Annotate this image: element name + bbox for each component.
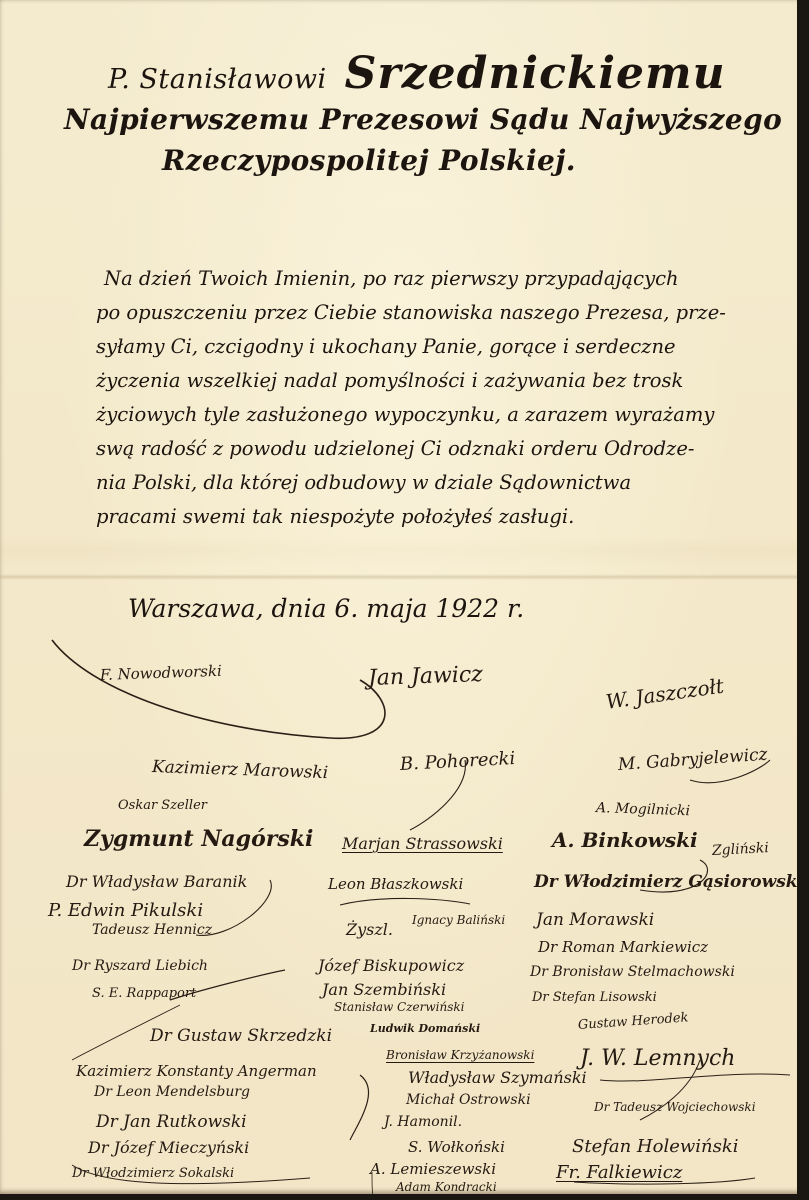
signature: Fr. Falkiewicz <box>556 1162 682 1183</box>
body-line: życzenia wszelkiej nadal pomyślności i z… <box>96 364 796 398</box>
signature: F. Nowodworski <box>100 662 222 684</box>
signature: Bronisław Krzyżanowski <box>386 1048 534 1062</box>
signature: A. Lemieszewski <box>370 1160 496 1178</box>
signature: Dr Tadeusz Wojciechowski <box>594 1100 756 1114</box>
signature: W. Jaszczołt <box>604 674 725 714</box>
signature: A. Mogilnicki <box>596 800 691 819</box>
signature: Jan Jawicz <box>368 662 484 691</box>
signature: Marjan Strassowski <box>342 834 503 853</box>
letter-body: Na dzień Twoich Imienin, po raz pierwszy… <box>96 262 796 534</box>
signature: Dr Józef Mieczyński <box>88 1138 249 1157</box>
signature: Kazimierz Konstanty Angerman <box>76 1062 317 1080</box>
signature: Dr Ryszard Liebich <box>72 958 208 974</box>
signature: J. W. Lemnych <box>580 1046 735 1071</box>
signature: Dr Bronisław Stelmachowski <box>530 964 735 980</box>
body-line: syłamy Ci, czcigodny i ukochany Panie, g… <box>96 330 796 364</box>
signature: Oskar Szeller <box>118 798 207 813</box>
signature: Władysław Szymański <box>408 1068 587 1087</box>
signature: Kazimierz Marowski <box>152 757 329 783</box>
signature: Stanisław Czerwiński <box>334 1000 465 1014</box>
scan-edge-bottom <box>0 1194 809 1200</box>
signature: Ludwik Domański <box>370 1022 480 1035</box>
signature: Dr Władysław Baranik <box>66 872 247 891</box>
signature: Zygmunt Nagórski <box>84 826 313 852</box>
header-prefix: P. Stanisławowi <box>108 64 327 95</box>
document-page: P. StanisławowiSrzednickiemu Najpierwsze… <box>0 0 803 1194</box>
header-addressee: P. StanisławowiSrzednickiemu <box>108 48 726 99</box>
header-surname: Srzednickiemu <box>345 48 726 99</box>
paper-fold-line <box>0 574 803 580</box>
signature: Tadeusz Hennicz <box>92 922 212 938</box>
signature: Gustaw Herodek <box>577 1010 688 1033</box>
signature: B. Pohorecki <box>399 748 515 775</box>
body-line: Na dzień Twoich Imienin, po raz pierwszy… <box>96 262 796 296</box>
body-line: nia Polski, dla której odbudowy w dziale… <box>96 466 796 500</box>
signature: P. Edwin Pikulski <box>48 900 203 921</box>
signature: Dr Roman Markiewicz <box>538 938 708 956</box>
signature: Zgliński <box>712 840 770 859</box>
signature: Dr Gustaw Skrzedzki <box>150 1026 332 1046</box>
signature: Dr Włodzimierz Sokalski <box>72 1166 234 1181</box>
signature: Józef Biskupowicz <box>318 956 464 975</box>
signature: S. Wołkoński <box>408 1138 505 1156</box>
signature: Dr Jan Rutkowski <box>96 1112 247 1132</box>
header-title-line: Najpierwszemu Prezesowi Sądu Najwyższego <box>64 103 782 136</box>
body-line: po opuszczeniu przez Ciebie stanowiska n… <box>96 296 796 330</box>
scan-edge-right <box>797 0 803 1200</box>
signature: S. E. Rappaport <box>92 986 196 1001</box>
date-place-line: Warszawa, dnia 6. maja 1922 r. <box>128 594 524 623</box>
signature: Jan Szembiński <box>322 980 446 999</box>
body-line: życiowych tyle zasłużonego wypoczynku, a… <box>96 398 796 432</box>
body-line: pracami swemi tak niespożyte położyłeś z… <box>96 500 796 534</box>
signature: Michał Ostrowski <box>406 1092 531 1108</box>
header-country-line: Rzeczypospolitej Polskiej. <box>162 144 576 177</box>
signature: Dr Włodzimierz Gąsiorowski <box>534 872 804 892</box>
signature: Dr Stefan Lisowski <box>532 990 657 1005</box>
signature: Żyszl. <box>346 920 393 939</box>
signature: Adam Kondracki <box>396 1180 497 1194</box>
signature: Dr Leon Mendelsburg <box>94 1084 250 1100</box>
signature: M. Gabryjelewicz <box>617 745 768 775</box>
signature: A. Binkowski <box>552 828 698 852</box>
signature: Stefan Holewiński <box>572 1136 739 1157</box>
body-line: swą radość z powodu udzielonej Ci odznak… <box>96 432 796 466</box>
signature: Ignacy Baliński <box>412 913 505 927</box>
signature: Leon Błaszkowski <box>328 875 463 893</box>
signature: Jan Morawski <box>536 910 654 930</box>
signature: J. Hamonil. <box>384 1114 462 1130</box>
